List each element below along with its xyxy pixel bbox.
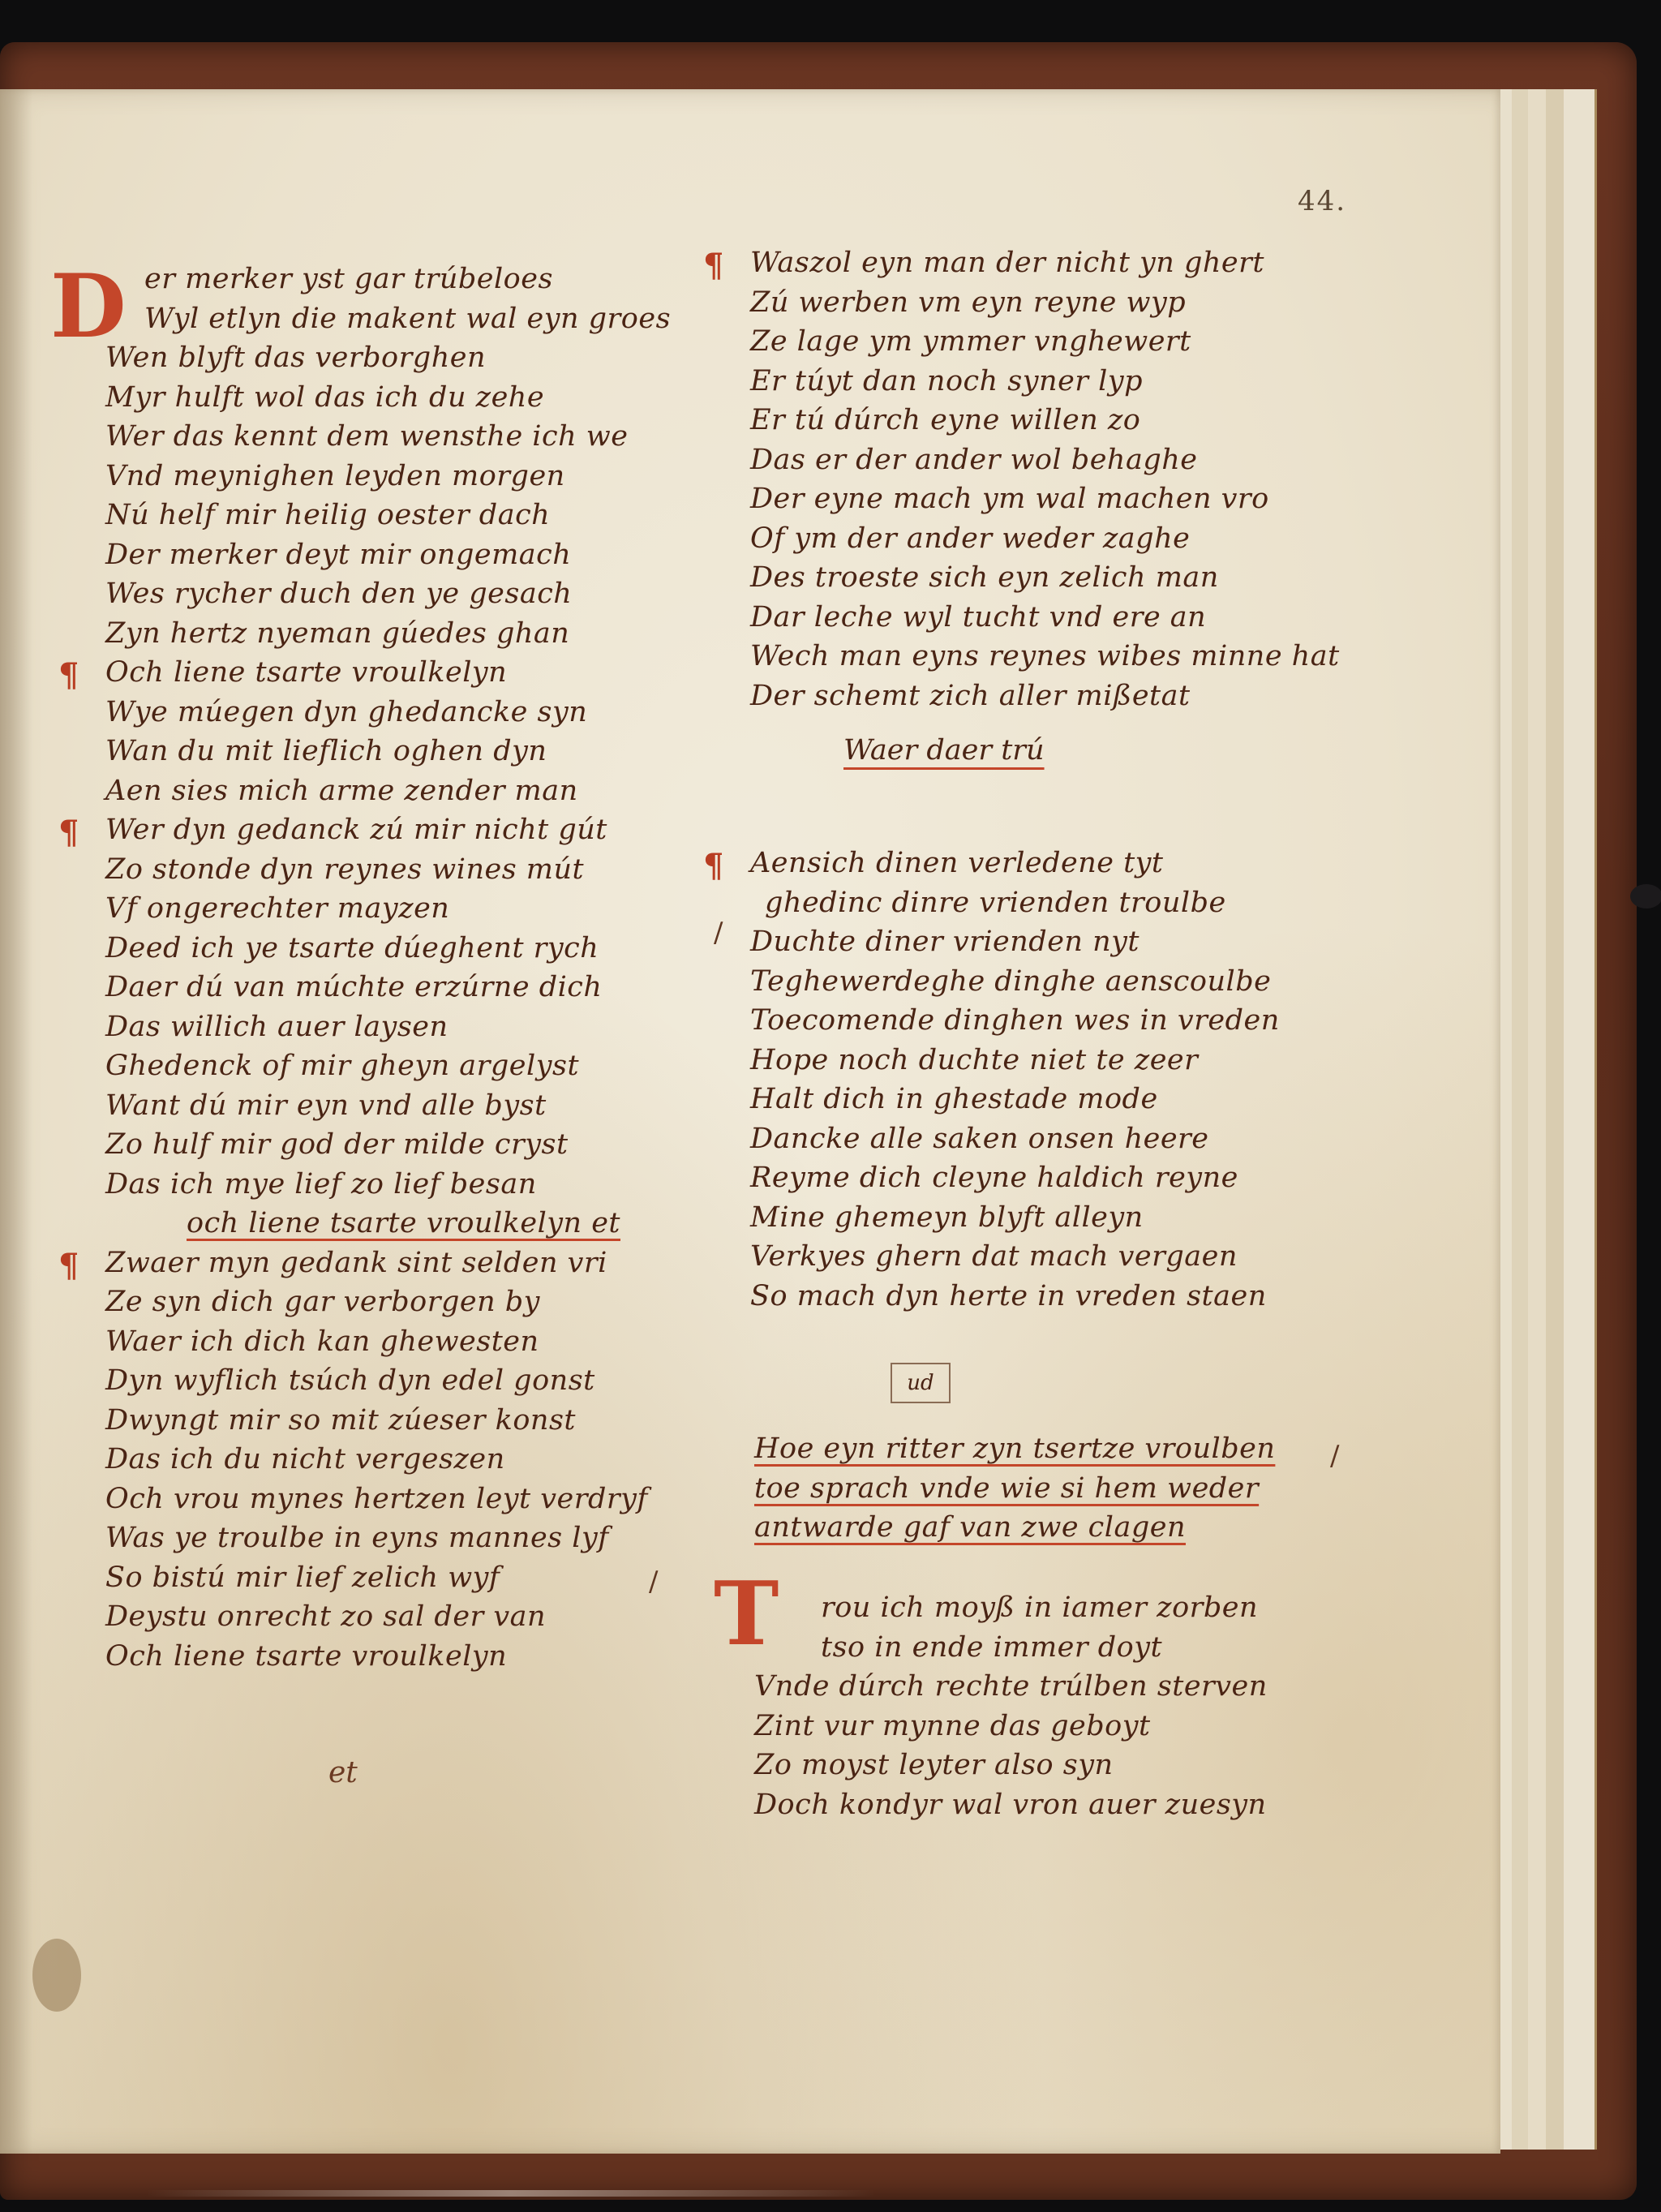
- verse-line: Deed ich ye tsarte dúeghent rych: [105, 929, 689, 969]
- verse-line: Aen sies mich arme zender man: [105, 771, 689, 811]
- verse-line: Of ym der ander weder zaghe: [750, 519, 1399, 559]
- verse-line: Der merker deyt mir ongemach: [105, 535, 689, 575]
- verse-text: Aensich dinen verledene tyt: [750, 847, 1164, 879]
- verse-line: er merker yst gar trúbeloes: [105, 260, 689, 299]
- verse-line: Nú helf mir heilig oester dach: [105, 496, 689, 535]
- folio-number: 44.: [1298, 185, 1346, 217]
- verse-line: Vnde dúrch rechte trúlben sterven: [754, 1667, 1387, 1707]
- pilcrow-icon: ¶: [58, 1247, 79, 1286]
- verse-line: Der eyne mach ym wal machen vro: [750, 479, 1399, 519]
- verse-line: Des troeste sich eyn zelich man: [750, 558, 1399, 598]
- verse-line: Der schemt zich aller mißetat: [750, 676, 1399, 716]
- ink-blot: [1630, 884, 1661, 908]
- verse-text: Och liene tsarte vroulkelyn: [105, 656, 507, 689]
- boxed-abbreviation: ud: [891, 1363, 951, 1403]
- page-stack-edge: [1564, 89, 1597, 2150]
- verse-text: Wer dyn gedanck zú mir nicht gút: [105, 814, 607, 846]
- right-column-block-3: rou ich moyß in iamer zorben tso in ende…: [754, 1588, 1387, 1824]
- verse-line: Vnd meynighen leyden morgen: [105, 457, 689, 496]
- verse-line: Zo stonde dyn reynes wines mút: [105, 850, 689, 890]
- verse-line: Was ye troulbe in eyns mannes lyf: [105, 1518, 689, 1558]
- pilcrow-icon: ¶: [58, 814, 79, 853]
- verse-line: Duchte diner vrienden nyt: [750, 922, 1399, 962]
- verse-line: Zo hulf mir god der milde cryst: [105, 1125, 689, 1165]
- verse-line: Daer dú van múchte erzúrne dich: [105, 968, 689, 1007]
- verse-line: Wyl etlyn die makent wal eyn groes: [105, 299, 689, 339]
- verse-line: So bistú mir lief zelich wyf: [105, 1558, 689, 1598]
- binding-highlight: [146, 2190, 876, 2197]
- verse-line: Doch kondyr wal vron auer zuesyn: [754, 1785, 1387, 1825]
- rubric-heading-line: toe sprach vnde wie si hem weder: [754, 1469, 1387, 1509]
- verse-line: So mach dyn herte in vreden staen: [750, 1277, 1399, 1316]
- verse-line: Och vrou mynes hertzen leyt verdryf: [105, 1480, 689, 1519]
- pilcrow-icon: ¶: [58, 656, 79, 696]
- verse-line: Waer ich dich kan ghewesten: [105, 1322, 689, 1362]
- verse-line: Wan du mit lieflich oghen dyn: [105, 732, 689, 771]
- verse-line: Wech man eyns reynes wibes minne hat: [750, 637, 1399, 676]
- verse-line-stanza-start: ¶Aensich dinen verledene tyt: [750, 844, 1399, 883]
- verse-line: Mine ghemeyn blyft alleyn: [750, 1198, 1399, 1238]
- verse-line: Dwyngt mir so mit zúeser konst: [105, 1401, 689, 1441]
- verse-line: Das willich auer laysen: [105, 1007, 689, 1047]
- rubric-heading: Hoe eyn ritter zyn tsertze vroulben toe …: [754, 1429, 1387, 1548]
- left-column: er merker yst gar trúbeloes Wyl etlyn di…: [105, 260, 689, 1676]
- verse-line: Deystu onrecht zo sal der van: [105, 1597, 689, 1637]
- verse-line: Dyn wyflich tsúch dyn edel gonst: [105, 1361, 689, 1401]
- catchword: et: [328, 1756, 358, 1789]
- verse-line: Ghedenck of mir gheyn argelyst: [105, 1046, 689, 1086]
- page-tear: [32, 1939, 81, 2012]
- page-stack-edge: [1528, 89, 1547, 2150]
- page-stack-edge: [1546, 89, 1565, 2150]
- section-heading: Waer daer trú: [843, 734, 1045, 767]
- marginal-stroke: /: [714, 917, 723, 949]
- verse-line: Toecomende dinghen wes in vreden: [750, 1001, 1399, 1041]
- rubric-heading-line: antwarde gaf van zwe clagen: [754, 1508, 1387, 1548]
- verse-line: ghedinc dinre vrienden troulbe: [750, 883, 1399, 923]
- verse-line: Wer das kennt dem wensthe ich we: [105, 417, 689, 457]
- verse-line: Das ich mye lief zo lief besan: [105, 1165, 689, 1205]
- verse-line: Er túyt dan noch syner lyp: [750, 362, 1399, 402]
- verse-line: Ze syn dich gar verborgen by: [105, 1282, 689, 1322]
- verse-line: Myr hulft wol das ich du zehe: [105, 378, 689, 418]
- verse-text: Zwaer myn gedank sint selden vri: [105, 1247, 607, 1279]
- verse-line: Hope noch duchte niet te zeer: [750, 1041, 1399, 1080]
- verse-line: Teghewerdeghe dinghe aenscoulbe: [750, 962, 1399, 1002]
- refrain-line: och liene tsarte vroulkelyn et: [105, 1204, 689, 1243]
- verse-line: Das er der ander wol behaghe: [750, 440, 1399, 480]
- verse-text: Waszol eyn man der nicht yn ghert: [750, 247, 1264, 279]
- verse-line: Zyn hertz nyeman gúedes ghan: [105, 614, 689, 654]
- verse-line-stanza-start: ¶Wer dyn gedanck zú mir nicht gút: [105, 810, 689, 850]
- pilcrow-icon: ¶: [703, 847, 724, 887]
- rubric-heading-line: Hoe eyn ritter zyn tsertze vroulben: [754, 1429, 1387, 1469]
- verse-line: Vf ongerechter mayzen: [105, 889, 689, 929]
- verse-line-stanza-start: ¶Waszol eyn man der nicht yn ghert: [750, 243, 1399, 283]
- verse-line: Wen blyft das verborghen: [105, 338, 689, 378]
- verse-line: Er tú dúrch eyne willen zo: [750, 401, 1399, 440]
- pilcrow-icon: ¶: [703, 247, 724, 286]
- verse-line: Och liene tsarte vroulkelyn: [105, 1637, 689, 1677]
- verse-line: Dancke alle saken onsen heere: [750, 1119, 1399, 1159]
- verse-line: Zo moyst leyter also syn: [754, 1746, 1387, 1785]
- verse-line: Ze lage ym ymmer vnghewert: [750, 322, 1399, 362]
- verse-line-stanza-start: ¶Zwaer myn gedank sint selden vri: [105, 1243, 689, 1283]
- verse-line-stanza-start: ¶Och liene tsarte vroulkelyn: [105, 653, 689, 693]
- verse-line: Want dú mir eyn vnd alle byst: [105, 1086, 689, 1126]
- verse-line: Das ich du nicht vergeszen: [105, 1440, 689, 1480]
- page-gutter: [0, 89, 32, 2154]
- right-column-block-1: ¶Waszol eyn man der nicht yn ghert Zú we…: [750, 243, 1399, 715]
- verse-line: Zú werben vm eyn reyne wyp: [750, 283, 1399, 323]
- right-column-block-2: ¶Aensich dinen verledene tyt ghedinc din…: [750, 844, 1399, 1316]
- verse-line: Reyme dich cleyne haldich reyne: [750, 1158, 1399, 1198]
- verse-line: Verkyes ghern dat mach vergaen: [750, 1237, 1399, 1277]
- verse-line: tso in ende immer doyt: [754, 1628, 1387, 1668]
- verse-line: Dar leche wyl tucht vnd ere an: [750, 598, 1399, 638]
- verse-line: Wye múegen dyn ghedancke syn: [105, 693, 689, 732]
- verse-line: rou ich moyß in iamer zorben: [754, 1588, 1387, 1628]
- page-stack-edge: [1512, 89, 1530, 2150]
- marginal-stroke: /: [649, 1566, 658, 1598]
- verse-line: Wes rycher duch den ye gesach: [105, 574, 689, 614]
- verse-line: Halt dich in ghestade mode: [750, 1080, 1399, 1119]
- marginal-stroke: /: [1330, 1440, 1339, 1472]
- verse-line: Zint vur mynne das geboyt: [754, 1707, 1387, 1746]
